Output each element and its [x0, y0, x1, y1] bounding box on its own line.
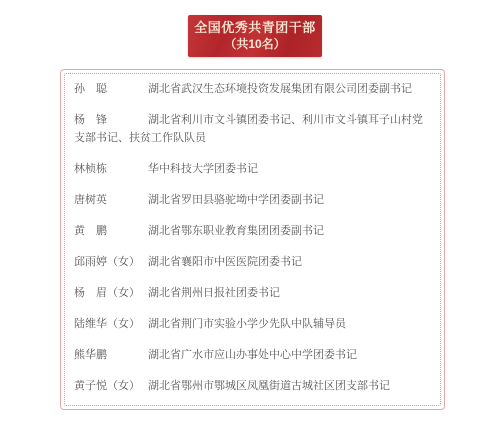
list-item: 黄子悦（女）湖北省鄂州市鄂城区凤凰街道古城社区团支部书记: [74, 377, 429, 395]
list-item: 杨 锋湖北省利川市文斗镇团委书记、利川市文斗镇耳子山村党支部书记、扶贫工作队队员: [74, 111, 429, 147]
recipient-position: 湖北省荆门市实验小学少先队中队辅导员: [148, 318, 346, 330]
recipient-name: 林桢栋: [74, 160, 148, 178]
recipient-position: 湖北省武汉生态环境投资发展集团有限公司团委副书记: [148, 83, 412, 95]
recipient-name: 黄子悦（女）: [74, 377, 148, 395]
list-item: 唐树英湖北省罗田县骆驼坳中学团委副书记: [74, 191, 429, 209]
recipient-name: 熊华鹏: [74, 346, 148, 364]
recipient-position: 湖北省鄂东职业教育集团团委副书记: [148, 225, 324, 237]
recipient-position: 湖北省罗田县骆驼坳中学团委副书记: [148, 194, 324, 206]
recipient-name: 黄 鹏: [74, 222, 148, 240]
recipient-name: 杨 眉（女）: [74, 284, 148, 302]
list-item: 林桢栋华中科技大学团委书记: [74, 160, 429, 178]
recipient-position: 湖北省广水市应山办事处中心中学团委书记: [148, 349, 357, 361]
page: 全国优秀共青团干部 （共10名） 孙 聪湖北省武汉生态环境投资发展集团有限公司团…: [0, 0, 500, 425]
list-item: 黄 鹏湖北省鄂东职业教育集团团委副书记: [74, 222, 429, 240]
award-list: 孙 聪湖北省武汉生态环境投资发展集团有限公司团委副书记 杨 锋湖北省利川市文斗镇…: [64, 73, 441, 406]
recipient-position: 华中科技大学团委书记: [148, 163, 258, 175]
recipient-name: 孙 聪: [74, 80, 148, 98]
list-item: 熊华鹏湖北省广水市应山办事处中心中学团委书记: [74, 346, 429, 364]
banner-title: 全国优秀共青团干部: [194, 20, 316, 36]
list-item: 邱雨婷（女）湖北省襄阳市中医医院团委书记: [74, 253, 429, 271]
recipient-name: 杨 锋: [74, 111, 148, 129]
list-item: 陆维华（女）湖北省荆门市实验小学少先队中队辅导员: [74, 315, 429, 333]
list-item: 孙 聪湖北省武汉生态环境投资发展集团有限公司团委副书记: [74, 80, 429, 98]
recipient-position: 湖北省鄂州市鄂城区凤凰街道古城社区团支部书记: [148, 380, 390, 392]
award-list-box: 孙 聪湖北省武汉生态环境投资发展集团有限公司团委副书记 杨 锋湖北省利川市文斗镇…: [60, 69, 445, 410]
award-banner: 全国优秀共青团干部 （共10名）: [188, 15, 322, 57]
recipient-position: 湖北省襄阳市中医医院团委书记: [148, 256, 302, 268]
list-item: 杨 眉（女）湖北省荆州日报社团委书记: [74, 284, 429, 302]
banner-count: （共10名）: [224, 37, 285, 52]
recipient-name: 陆维华（女）: [74, 315, 148, 333]
recipient-name: 邱雨婷（女）: [74, 253, 148, 271]
recipient-name: 唐树英: [74, 191, 148, 209]
recipient-position: 湖北省荆州日报社团委书记: [148, 287, 280, 299]
